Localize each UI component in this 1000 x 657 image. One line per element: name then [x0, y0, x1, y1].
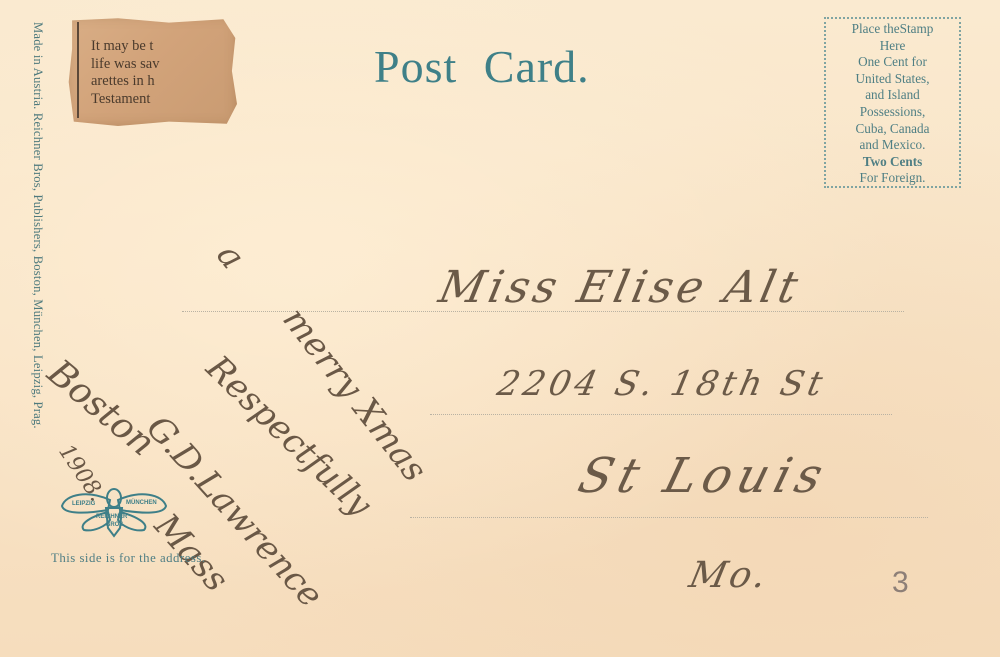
logo-label: MÜNCHEN: [126, 499, 157, 506]
address-city: St Louis: [572, 448, 834, 504]
bee-icon: LEIPZIG MÜNCHEN REICHNER BROS: [58, 484, 170, 540]
address-street: 2204 S. 18th St: [494, 364, 830, 404]
stamp-line: Here: [826, 38, 959, 55]
clipping-line: It may be t: [91, 38, 153, 54]
clipping-line: life was sav: [91, 56, 159, 72]
stamp-line: Cuba, Canada: [826, 121, 959, 138]
clipping-rule: [77, 22, 79, 118]
stamp-line: One Cent for: [826, 54, 959, 71]
address-line-2: [430, 414, 892, 415]
clipping-text: It may be t life was sav arettes in h Te…: [91, 38, 159, 108]
logo-label: REICHNER: [96, 514, 128, 520]
address-side-caption: This side is for the address.: [51, 551, 206, 566]
clipping-line: arettes in h: [91, 73, 155, 89]
pencil-mark: 3: [892, 566, 909, 600]
stamp-line: and Island: [826, 87, 959, 104]
stamp-line-bold: Two Cents: [826, 154, 959, 171]
postcard-title: Post Card.: [374, 40, 590, 93]
message-line: a: [208, 236, 252, 277]
publisher-side-text: Made in Austria. Reichner Bros, Publishe…: [30, 22, 45, 602]
stamp-line: For Foreign.: [826, 170, 959, 187]
address-state: Mo.: [686, 555, 773, 596]
message-line: Boston: [40, 352, 163, 464]
stamp-box: Place theStamp Here One Cent for United …: [824, 17, 961, 188]
address-line-3: [410, 517, 928, 518]
clipping-line: Testament: [91, 91, 150, 107]
logo-label: BROS: [106, 522, 123, 528]
stamp-line: and Mexico.: [826, 137, 959, 154]
stamp-line: Possessions,: [826, 104, 959, 121]
stamp-line: United States,: [826, 71, 959, 88]
logo-label: LEIPZIG: [72, 501, 96, 507]
address-name: Miss Elise Alt: [435, 262, 807, 313]
stamp-line: Place theStamp: [826, 21, 959, 38]
postcard-back: It may be t life was sav arettes in h Te…: [0, 0, 1000, 657]
